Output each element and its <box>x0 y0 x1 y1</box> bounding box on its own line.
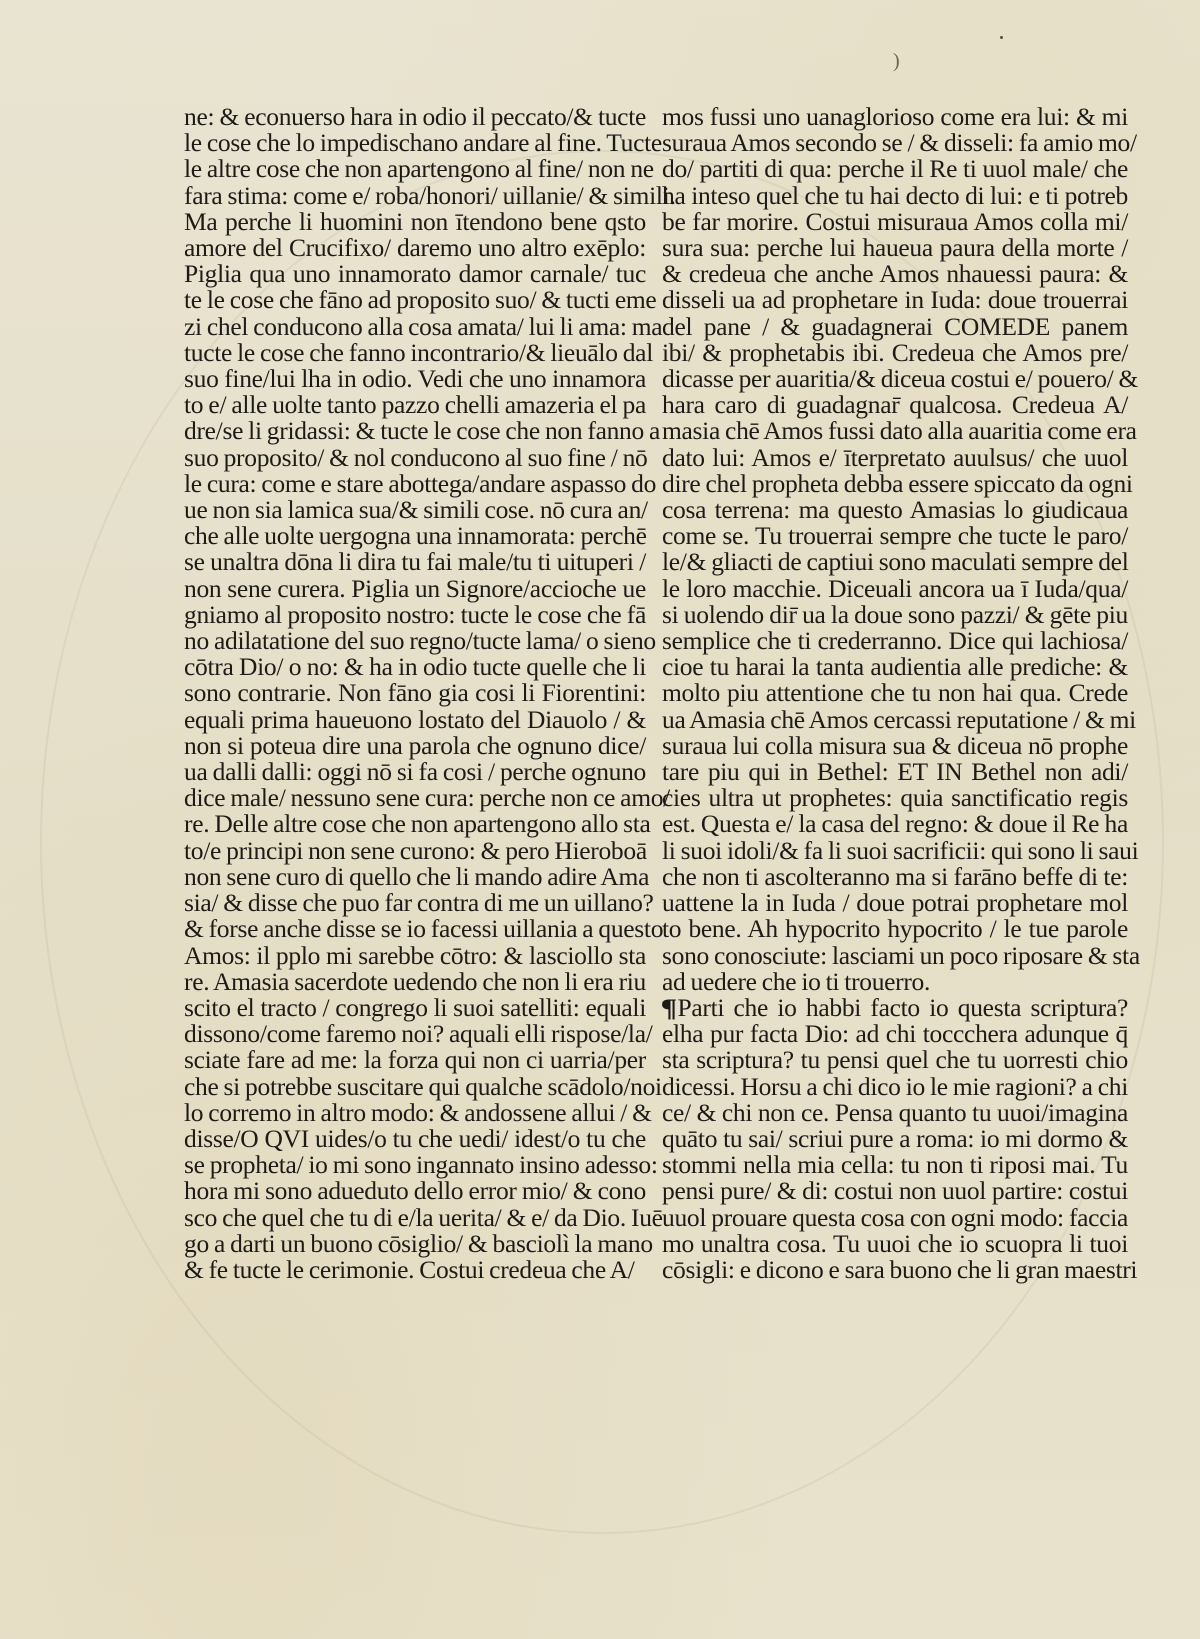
text-line: amore del Crucifixo/ daremo uno altro ex… <box>184 235 646 261</box>
text-line: re. Amasia sacerdote uedendo che non li … <box>184 969 646 995</box>
text-line: dissono/come faremo noi? aquali elli ris… <box>184 1021 646 1047</box>
text-line: do/ partiti di qua: perche il Re ti uuol… <box>662 156 1128 182</box>
text-line: semplice che ti crederranno. Dice qui la… <box>662 628 1128 654</box>
text-line: si uolendo dir̄ ua la doue sono pazzi/ &… <box>662 602 1128 628</box>
text-line: tare piu qui in Bethel: ET IN Bethel non… <box>662 759 1128 785</box>
text-line: non sene curera. Piglia un Signore/accio… <box>184 576 646 602</box>
text-line: dicasse per auaritia/& diceua costui e/ … <box>662 366 1128 392</box>
text-line: equali prima haueuono lostato del Diauol… <box>184 707 646 733</box>
text-line: hara caro di guadagnar̄ qualcosa. Credeu… <box>662 392 1128 418</box>
text-line: cōtra Dio/ o no: & ha in odio tucte quel… <box>184 654 646 680</box>
text-line: ha inteso quel che tu hai decto di lui: … <box>662 183 1128 209</box>
text-line: te le cose che fāno ad proposito suo/ & … <box>184 287 646 313</box>
text-line: che non ti ascolteranno ma si farāno bef… <box>662 864 1128 890</box>
text-line: est. Questa e/ la casa del regno: & doue… <box>662 811 1128 837</box>
text-line: quāto tu sai/ scriui pure a roma: io mi … <box>662 1126 1128 1152</box>
text-line: come se. Tu trouerrai sempre che tucte l… <box>662 523 1128 549</box>
text-line: che alle uolte uergogna una innamorata: … <box>184 523 646 549</box>
text-line: elha pur facta Dio: ad chi toccchera adu… <box>662 1021 1128 1047</box>
text-line: uattene la in Iuda / doue potrai prophet… <box>662 890 1128 916</box>
text-line: lo corremo in altro modo: & andossene al… <box>184 1100 646 1126</box>
text-line: Amos: il pplo mi sarebbe cōtro: & lascio… <box>184 943 646 969</box>
text-line: dire chel propheta debba essere spiccato… <box>662 471 1128 497</box>
text-line: uuol prouare questa cosa con ogni modo: … <box>662 1205 1128 1231</box>
text-line: ua dalli dalli: oggi nō si fa cosi / per… <box>184 759 646 785</box>
margin-dot-mark <box>1000 36 1003 39</box>
text-line: to bene. Ah hypocrito hypocrito / le tue… <box>662 916 1128 942</box>
text-line: dre/se li gridassi: & tucte le cose che … <box>184 418 646 444</box>
text-line: to/e principi non sene curono: & pero Hi… <box>184 838 646 864</box>
text-line: be far morire. Costui misuraua Amos coll… <box>662 209 1128 235</box>
text-line: dicessi. Horsu a chi dico io le mie ragi… <box>662 1074 1128 1100</box>
text-line: hora mi sono adueduto dello error mio/ &… <box>184 1178 646 1204</box>
text-line: & fe tucte le cerimonie. Costui credeua … <box>184 1257 646 1283</box>
text-line: sciate fare ad me: la forza qui non ci u… <box>184 1047 646 1073</box>
text-line: suo fine/lui lha in odio. Vedi che uno i… <box>184 366 646 392</box>
text-line-content: Parti che io habbi facto io questa scrip… <box>677 993 1128 1022</box>
text-line: li suoi idoli/& fa li suoi sacrificii: q… <box>662 838 1128 864</box>
text-line: sta scriptura? tu pensi quel che tu uorr… <box>662 1047 1128 1073</box>
text-line: ne: & econuerso hara in odio il peccato/… <box>184 104 646 130</box>
text-line: stommi nella mia cella: tu non ti riposi… <box>662 1152 1128 1178</box>
text-line: re. Delle altre cose che non apartengono… <box>184 811 646 837</box>
text-line: suo proposito/ & nol conducono al suo fi… <box>184 445 646 471</box>
right-text-column: mos fussi uno uanaglorioso come era lui:… <box>662 104 1128 1283</box>
text-line: zi chel conducono alla cosa amata/ lui l… <box>184 314 646 340</box>
text-line: cioe tu harai la tanta audientia alle pr… <box>662 654 1128 680</box>
text-line: le/& gliacti de captiui sono maculati se… <box>662 549 1128 575</box>
text-line: cosa terrena: ma questo Amasias lo giudi… <box>662 497 1128 523</box>
text-line: to e/ alle uolte tanto pazzo chelli amaz… <box>184 392 646 418</box>
text-line: sia/ & disse che puo far contra di me un… <box>184 890 646 916</box>
text-line: suraua lui colla misura sua & diceua nō … <box>662 733 1128 759</box>
text-line: no adilatatione del suo regno/tucte lama… <box>184 628 646 654</box>
text-line: fara stima: come e/ roba/honori/ uillani… <box>184 183 646 209</box>
text-line: & forse anche disse se io facessi uillan… <box>184 916 646 942</box>
text-line: tucte le cose che fanno incontrario/& li… <box>184 340 646 366</box>
text-line: che si potrebbe suscitare qui qualche sc… <box>184 1074 646 1100</box>
text-line: & credeua che anche Amos nhauessi paura:… <box>662 261 1128 287</box>
text-line: ua Amasia chē Amos cercassi reputatione … <box>662 707 1128 733</box>
text-line: molto piu attentione che tu non hai qua.… <box>662 680 1128 706</box>
text-line: le loro macchie. Diceuali ancora ua ī Iu… <box>662 576 1128 602</box>
text-line: sura sua: perche lui haueua paura della … <box>662 235 1128 261</box>
pilcrow-icon: ¶ <box>661 995 677 1021</box>
text-line: dice male/ nessuno sene cura: perche non… <box>184 785 646 811</box>
margin-bracket-mark: ) <box>893 50 900 73</box>
text-line: disse/O QVI uides/o tu che uedi/ idest/o… <box>184 1126 646 1152</box>
text-line: Ma perche li huomini non ītendono bene q… <box>184 209 646 235</box>
text-line: non sene curo di quello che li mando adi… <box>184 864 646 890</box>
text-line: ibi/ & prophetabis ibi. Credeua che Amos… <box>662 340 1128 366</box>
text-line: mos fussi uno uanaglorioso come era lui:… <box>662 104 1128 130</box>
text-line: gniamo al proposito nostro: tucte le cos… <box>184 602 646 628</box>
text-line: sono contrarie. Non fāno gia cosi li Fio… <box>184 680 646 706</box>
text-line: se unaltra dōna li dira tu fai male/tu t… <box>184 549 646 575</box>
text-line: le altre cose che non apartengono al fin… <box>184 156 646 182</box>
text-line: suraua Amos secondo se / & disseli: fa a… <box>662 130 1128 156</box>
text-line: disseli ua ad prophetare in Iuda: doue t… <box>662 287 1128 313</box>
text-line: mo unaltra cosa. Tu uuoi che io scuopra … <box>662 1231 1128 1257</box>
text-line: del pane / & guadagnerai COMEDE panem <box>662 314 1128 340</box>
document-page: ) ne: & econuerso hara in odio il peccat… <box>0 0 1200 1639</box>
text-line: sono conosciute: lasciami un poco riposa… <box>662 943 1128 969</box>
text-line: ce/ & chi non ce. Pensa quanto tu uuoi/i… <box>662 1100 1128 1126</box>
text-line: go a darti un buono cōsiglio/ & basciolì… <box>184 1231 646 1257</box>
text-line: le cura: come e stare abottega/andare as… <box>184 471 646 497</box>
text-line: ¶Parti che io habbi facto io questa scri… <box>662 995 1128 1021</box>
text-line: non si poteua dire una parola che ognuno… <box>184 733 646 759</box>
text-line: sco che quel che tu di e/la uerita/ & e/… <box>184 1205 646 1231</box>
text-line: pensi pure/ & di: costui non uuol partir… <box>662 1178 1128 1204</box>
text-line: cies ultra ut prophetes: quia sanctifica… <box>662 785 1128 811</box>
text-line: masia chē Amos fussi dato alla auaritia … <box>662 418 1128 444</box>
text-line: scito el tracto / congrego li suoi satel… <box>184 995 646 1021</box>
text-line: Piglia qua uno innamorato damor carnale/… <box>184 261 646 287</box>
text-line: le cose che lo impedischano andare al fi… <box>184 130 646 156</box>
text-line: se propheta/ io mi sono ingannato insino… <box>184 1152 646 1178</box>
text-line: ue non sia lamica sua/& simili cose. nō … <box>184 497 646 523</box>
text-line: dato lui: Amos e/ īterpretato auulsus/ c… <box>662 445 1128 471</box>
left-text-column: ne: & econuerso hara in odio il peccato/… <box>184 104 646 1283</box>
text-line: ad uedere che io ti trouerro. <box>662 969 1128 995</box>
text-line: cōsigli: e dicono e sara buono che li gr… <box>662 1257 1128 1283</box>
